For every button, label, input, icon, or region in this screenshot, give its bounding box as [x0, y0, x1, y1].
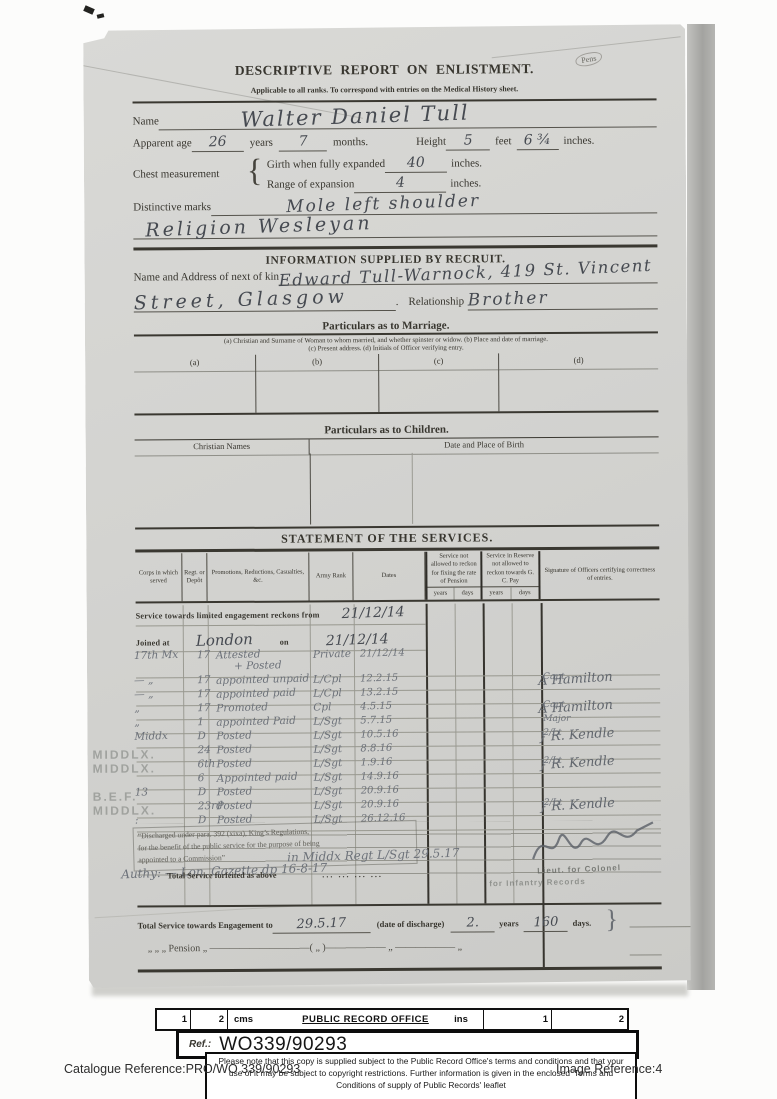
row-date: 1.9.16 — [360, 757, 392, 769]
total-days-label: days. — [568, 918, 592, 928]
row-rank: L/Cpl — [313, 687, 342, 700]
reckons-line: Service towards limited engagement recko… — [136, 604, 426, 627]
row-rank: L/Sgt — [314, 785, 343, 798]
months-label: months. — [327, 136, 374, 148]
relationship-label: Relationship — [398, 296, 468, 308]
pension-years: years — [428, 588, 455, 600]
row-rank: L/Sgt — [313, 729, 342, 742]
services-table-header: Corps in which served Regt. or Depôt Pro… — [135, 550, 659, 601]
total-days: 160 — [533, 915, 558, 931]
marriage-column-label: (c) — [379, 353, 499, 370]
col-promotions: Promotions, Reductions, Casualties, &c. — [207, 552, 309, 601]
regiment-stamp: MIDDLX. — [93, 761, 156, 775]
row-date: 4.5.15 — [360, 701, 392, 713]
rule — [133, 244, 657, 250]
on-label: on — [280, 638, 289, 647]
services-table-body: Service towards limited engagement recko… — [136, 602, 662, 905]
row-corps: — „ — [134, 688, 154, 701]
row-date: 12.2.15 — [360, 673, 398, 685]
ref-label: Ref.: — [189, 1039, 211, 1050]
age-label: Apparent age — [133, 137, 192, 149]
joined-label: Joined at — [136, 638, 170, 647]
image-reference: Image Reference:4 — [556, 1062, 662, 1076]
row-promotion: appointed unpaid — [216, 673, 310, 688]
engagement-date: 29.5.17 — [297, 916, 347, 933]
marriage-column-label: (d) — [499, 352, 658, 369]
ruler-in-1: 1 — [484, 1010, 552, 1029]
religion-field: Religion Wesleyan — [133, 213, 657, 241]
height-inches: 6 ¾ — [524, 132, 551, 149]
ruler-cm-1: 1 — [157, 1010, 191, 1029]
row-promotion: Posted — [217, 785, 253, 798]
services-heading: STATEMENT OF THE SERVICES. — [86, 529, 688, 548]
scan-stage: Pens DESCRIPTIVE REPORT ON ENLISTMENT. A… — [0, 0, 777, 1099]
row-promotion: Posted — [217, 799, 253, 812]
engagement-label: Total Service towards Engagement to — [138, 920, 273, 931]
expansion-unit: inches. — [446, 177, 481, 189]
row-date: 10.5.16 — [360, 729, 398, 741]
row-rank: L/Cpl — [313, 673, 342, 686]
pro-title: PUBLIC RECORD OFFICE — [292, 1010, 439, 1029]
girth-value: 40 — [407, 155, 425, 172]
height-feet: 5 — [463, 132, 472, 148]
row-signature-rank: Capt — [543, 700, 565, 710]
row-signature-rank: 2/Lt — [544, 798, 562, 808]
rule — [138, 966, 662, 972]
row-promotion: Posted — [216, 729, 252, 742]
row-signature-rank: 2/Lt — [544, 756, 562, 766]
row-regt: 6th — [197, 758, 215, 770]
row-rank: Private — [313, 648, 351, 661]
row-rank: Cpl — [313, 701, 331, 713]
row-corps: „ — [134, 702, 140, 714]
row-promotion: Promoted — [216, 701, 268, 714]
col-army-rank: Army Rank — [309, 552, 353, 600]
marks-label: Distinctive marks — [133, 201, 211, 213]
age-height-field: Apparent age 26 years 7 months. Height 5… — [133, 130, 657, 155]
age-months: 7 — [298, 133, 307, 149]
forfeited-dots: ... ... ... ... — [322, 870, 383, 879]
row-rank: L/Sgt — [313, 715, 342, 728]
row-signature-rank: Capt — [543, 672, 565, 682]
row-regt: D — [197, 786, 206, 798]
row-regt: 17 — [197, 702, 211, 714]
total-years-label: years — [494, 918, 523, 928]
chest-brace: { — [247, 152, 263, 189]
row-rank: L/Sgt — [313, 757, 342, 770]
infantry-records-stamp: for Infantry Records — [489, 877, 586, 888]
height-label: Height — [416, 136, 446, 148]
row-date: 13.2.15 — [360, 687, 398, 699]
page-subtitle: Applicable to all ranks. To correspond w… — [83, 83, 685, 96]
row-corps: „ — [134, 716, 140, 728]
row-regt: D — [197, 730, 206, 742]
chest-label: Chest measurement — [133, 168, 220, 181]
pension-days: days — [455, 588, 481, 600]
ink-speck — [97, 13, 105, 19]
children-heading: Particulars as to Children. — [86, 422, 688, 438]
girth-unit: inches. — [447, 157, 482, 169]
reckons-date: 21/12/14 — [341, 604, 404, 622]
discharge-zone: “Discharged under para. 392 (xixa), King… — [137, 820, 661, 885]
expansion-value: 4 — [396, 175, 405, 191]
row-corps: 17th Mx — [134, 649, 179, 662]
row-regt: 6 — [197, 772, 204, 784]
document-page: Pens DESCRIPTIVE REPORT ON ENLISTMENT. A… — [83, 24, 691, 988]
nok-field-2: Street, Glasgow . Relationship Brother — [134, 286, 658, 315]
chest-field: Chest measurement { Girth when fully exp… — [133, 152, 657, 197]
ink-speck — [83, 5, 95, 15]
relationship-value: Brother — [468, 288, 549, 311]
feet-label: feet — [490, 135, 517, 147]
marriage-column-label: (b) — [256, 354, 379, 371]
row-date: 20.9.16 — [361, 799, 399, 811]
row-promotion: appointed paid — [216, 687, 296, 701]
name-field: Name Walter Daniel Tull — [133, 102, 657, 131]
marriage-table-body — [134, 368, 658, 413]
col-reserve: Service in Reserve not allowed to reckon… — [482, 551, 540, 599]
forfeited-label: Total Service forfeited as above — [167, 871, 276, 881]
catalogue-reference: Catalogue Reference:PRO/WO 339/90293 — [64, 1062, 300, 1076]
row-rank: L/Sgt — [313, 743, 342, 756]
name-value: Walter Daniel Tull — [241, 100, 471, 131]
name-label: Name — [133, 115, 159, 127]
col-dates: Dates — [353, 552, 425, 600]
regiment-stamp: MIDDLX. — [92, 747, 155, 761]
row-corps: Middx — [134, 730, 168, 743]
row-promotion: Appointed paid — [217, 771, 298, 785]
ruler-cms-label: cms — [228, 1010, 292, 1029]
totals-brace: } — [605, 905, 618, 935]
services-rows: 17th Mx 17 Attested + Posted Private 21/… — [136, 650, 661, 832]
row-promotion-2: + Posted — [234, 659, 282, 672]
row-corps: — „ — [134, 674, 154, 687]
row-rank: L/Sgt — [313, 771, 342, 784]
row-regt: 1 — [197, 716, 204, 728]
row-corps: 13 — [135, 786, 149, 798]
joined-date: 21/12/14 — [326, 631, 389, 649]
religion-value: Religion Wesleyan — [145, 212, 373, 241]
row-date: 21/12/14 — [360, 647, 405, 659]
row-date: 5.7.15 — [360, 715, 392, 727]
regiment-stamp: MIDDLX. — [93, 803, 156, 817]
ruler-ins-label: ins — [439, 1010, 484, 1029]
reserve-days: days — [511, 587, 539, 599]
inches-label: inches. — [559, 135, 595, 147]
row-signature-rank: Major — [543, 714, 570, 724]
row-date: 14.9.16 — [361, 771, 399, 783]
pro-ruler: 1 2 cms PUBLIC RECORD OFFICE ins 1 2 — [155, 1008, 629, 1031]
expansion-label: Range of expansion — [267, 178, 354, 191]
ruler-cm-2: 2 — [191, 1010, 228, 1029]
row-regt: 17 — [196, 649, 210, 661]
age-years: 26 — [209, 134, 227, 151]
marriage-column-label: (a) — [134, 355, 256, 372]
scanner-edge — [687, 24, 715, 990]
pension-line: „ „ „ Pension „ ——————————( „ )—————— „ … — [148, 941, 608, 955]
row-rank: L/Sgt — [314, 799, 343, 812]
row-regt: 17 — [196, 674, 210, 686]
nok-label: Name and Address of next of kin — [134, 271, 279, 284]
sig-line — [630, 954, 662, 955]
col-regt: Regt. or Depôt — [182, 553, 207, 601]
row-regt: 24 — [197, 744, 211, 756]
scrawl-signature — [525, 808, 665, 871]
row-promotion: Posted — [216, 757, 252, 770]
row-signature-rank: 2/Lt — [543, 728, 561, 738]
ruler-in-2: 2 — [552, 1010, 627, 1029]
children-table-body — [135, 451, 659, 525]
row-promotion: appointed Paid — [216, 715, 296, 729]
discharge-label: (date of discharge) — [371, 919, 451, 929]
col-corps: Corps in which served — [135, 553, 182, 601]
terms-line3: Conditions of supply of Public Records' … — [207, 1080, 635, 1092]
row-date: 20.9.16 — [361, 785, 399, 797]
row-regt: 17 — [196, 688, 210, 700]
totals-engagement-line: Total Service towards Engagement to 29.5… — [137, 912, 661, 937]
page-title: DESCRIPTIVE REPORT ON ENLISTMENT. — [83, 60, 685, 80]
reckons-label: Service towards limited engagement recko… — [136, 610, 320, 620]
joined-place: London — [196, 630, 254, 650]
col-signature: Signature of Officers certifying correct… — [540, 550, 659, 599]
years-label: years — [244, 137, 279, 149]
col-pension: Service not allowed to reckon for fixing… — [425, 551, 482, 599]
girth-label: Girth when fully expanded — [267, 158, 385, 171]
reserve-years: years — [483, 588, 512, 600]
nok-line2: Street, Glasgow — [133, 285, 348, 314]
regiment-stamp: B.E.F. — [93, 790, 138, 804]
row-date: 8.8.16 — [360, 743, 392, 755]
row-promotion: Posted — [216, 743, 252, 756]
total-years: 2. — [466, 915, 479, 930]
